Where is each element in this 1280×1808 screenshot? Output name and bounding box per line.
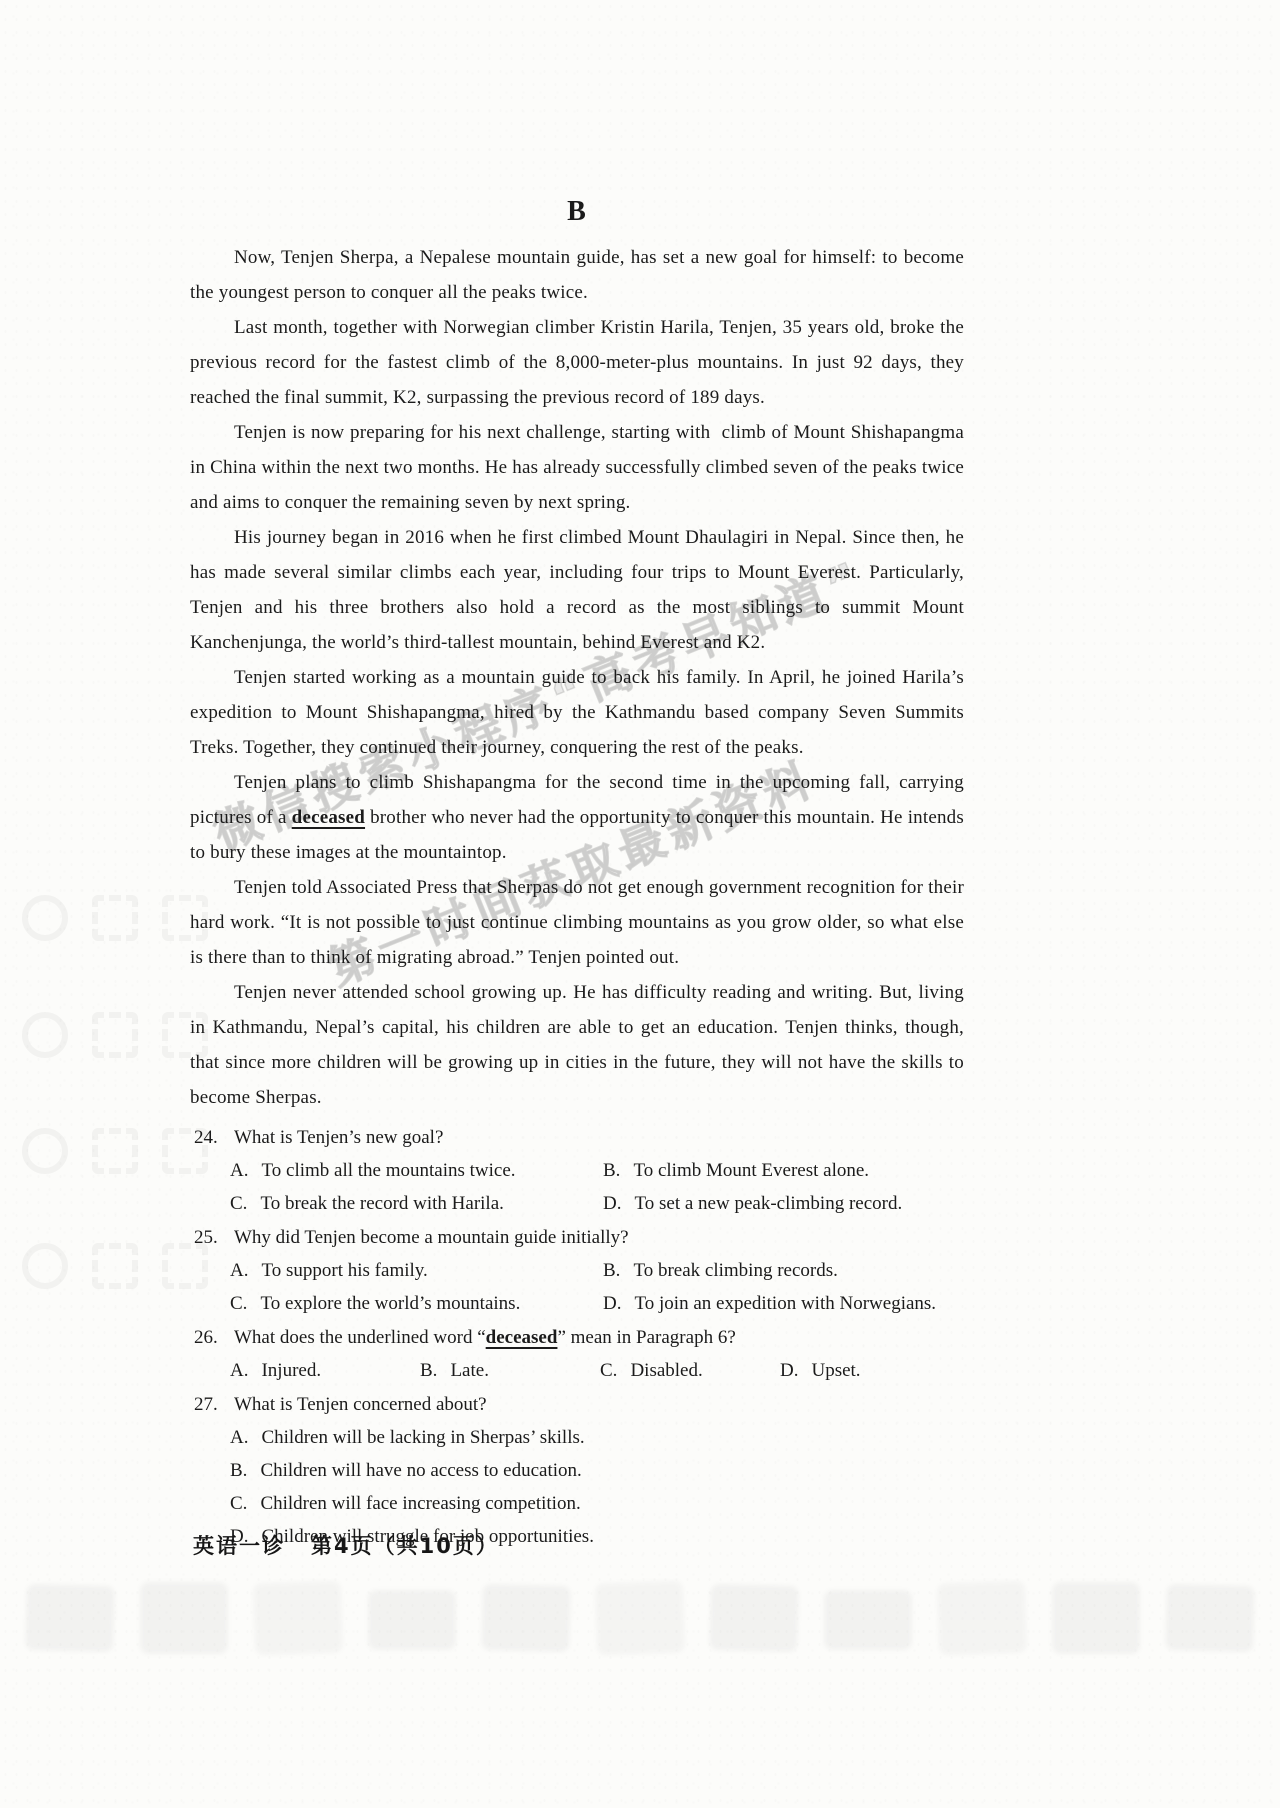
option-27-b: B. Children will have no access to educa…	[230, 1454, 964, 1487]
option-text: To explore the world’s mountains.	[260, 1287, 520, 1320]
question-number: 25.	[190, 1221, 234, 1254]
option-label: C.	[230, 1487, 247, 1520]
passage-paragraph-5: Tenjen started working as a mountain gui…	[190, 660, 964, 765]
option-text: Children will face increasing competitio…	[260, 1487, 580, 1520]
left-watermark-stamp-row	[22, 1243, 208, 1289]
watermark-ghost-glyph	[1052, 1582, 1140, 1654]
watermark-stamp	[92, 895, 138, 941]
watermark-ghost-glyph	[140, 1582, 228, 1654]
watermark-stamp	[92, 1128, 138, 1174]
question-25: 25. Why did Tenjen become a mountain gui…	[190, 1221, 964, 1320]
left-watermark-stamp-row	[22, 1128, 208, 1174]
option-label: C.	[230, 1287, 247, 1320]
watermark-ghost-glyph	[25, 1584, 115, 1653]
passage-paragraph-3: Tenjen is now preparing for his next cha…	[190, 415, 964, 520]
watermark-ghost-glyph	[253, 1580, 343, 1655]
passage-paragraph-6: Tenjen plans to climb Shishapangma for t…	[190, 765, 964, 870]
watermark-stamp	[22, 1012, 68, 1058]
option-text: To support his family.	[261, 1254, 427, 1287]
bottom-watermark-band	[0, 1572, 1280, 1664]
passage-paragraph-7: Tenjen told Associated Press that Sherpa…	[190, 870, 964, 975]
option-27-c: C. Children will face increasing competi…	[230, 1487, 964, 1520]
option-text: Injured.	[261, 1354, 321, 1387]
passage-paragraph-4: His journey began in 2016 when he first …	[190, 520, 964, 660]
reading-passage: Now, Tenjen Sherpa, a Nepalese mountain …	[190, 240, 964, 1115]
questions-section: 24. What is Tenjen’s new goal? A. To cli…	[190, 1121, 964, 1553]
option-label: C.	[600, 1354, 617, 1387]
option-text: To climb Mount Everest alone.	[633, 1154, 869, 1187]
watermark-ghost-glyph	[481, 1584, 571, 1653]
watermark-ghost-glyph	[824, 1590, 912, 1650]
question-27: 27. What is Tenjen concerned about? A. C…	[190, 1388, 964, 1553]
question-24: 24. What is Tenjen’s new goal? A. To cli…	[190, 1121, 964, 1220]
option-label: D.	[603, 1187, 621, 1220]
watermark-stamp	[22, 895, 68, 941]
left-watermark-stamp-row	[22, 895, 208, 941]
option-26-a: A. Injured.	[230, 1354, 420, 1387]
option-24-b: B. To climb Mount Everest alone.	[603, 1154, 964, 1187]
underlined-word-deceased: deceased	[292, 807, 365, 828]
option-25-c: C. To explore the world’s mountains.	[230, 1287, 603, 1320]
option-text: To set a new peak-climbing record.	[634, 1187, 902, 1220]
page-footer: 英语一诊 第4页（共10页）	[193, 1530, 499, 1560]
option-label: B.	[230, 1454, 247, 1487]
option-label: A.	[230, 1154, 248, 1187]
footer-exam-name: 英语一诊	[193, 1530, 285, 1560]
option-text: Children will be lacking in Sherpas’ ski…	[261, 1421, 584, 1454]
watermark-ghost-glyph	[709, 1584, 799, 1653]
passage-paragraph-1: Now, Tenjen Sherpa, a Nepalese mountain …	[190, 240, 964, 310]
option-text: To break the record with Harila.	[260, 1187, 503, 1220]
option-25-a: A. To support his family.	[230, 1254, 603, 1287]
option-text: To break climbing records.	[633, 1254, 837, 1287]
watermark-stamp	[22, 1128, 68, 1174]
option-label: B.	[603, 1154, 620, 1187]
question-text: Why did Tenjen become a mountain guide i…	[234, 1221, 964, 1254]
watermark-ghost-glyph	[1165, 1584, 1255, 1653]
question-26: 26. What does the underlined word “decea…	[190, 1321, 964, 1387]
option-text: Children will have no access to educatio…	[260, 1454, 581, 1487]
option-label: C.	[230, 1187, 247, 1220]
passage-paragraph-8: Tenjen never attended school growing up.…	[190, 975, 964, 1115]
option-label: A.	[230, 1354, 248, 1387]
option-text: To climb all the mountains twice.	[261, 1154, 515, 1187]
option-24-a: A. To climb all the mountains twice.	[230, 1154, 603, 1187]
question-text: What does the underlined word “deceased”…	[234, 1321, 964, 1354]
option-26-b: B. Late.	[420, 1354, 600, 1387]
option-label: A.	[230, 1421, 248, 1454]
option-text: Disabled.	[630, 1354, 702, 1387]
watermark-ghost-glyph	[937, 1580, 1027, 1655]
option-label: D.	[780, 1354, 798, 1387]
option-26-c: C. Disabled.	[600, 1354, 780, 1387]
option-24-c: C. To break the record with Harila.	[230, 1187, 603, 1220]
question-number: 27.	[190, 1388, 234, 1421]
option-27-a: A. Children will be lacking in Sherpas’ …	[230, 1421, 964, 1454]
section-heading: B	[190, 196, 964, 228]
question-26-text-before: What does the underlined word “	[234, 1327, 486, 1348]
option-24-d: D. To set a new peak-climbing record.	[603, 1187, 964, 1220]
option-25-d: D. To join an expedition with Norwegians…	[603, 1287, 964, 1320]
question-26-text-after: ” mean in Paragraph 6?	[557, 1327, 735, 1348]
option-text: Late.	[450, 1354, 489, 1387]
watermark-ghost-glyph	[595, 1580, 685, 1655]
passage-paragraph-2: Last month, together with Norwegian clim…	[190, 310, 964, 415]
option-text: To join an expedition with Norwegians.	[634, 1287, 936, 1320]
question-number: 26.	[190, 1321, 234, 1354]
option-label: A.	[230, 1254, 248, 1287]
option-26-d: D. Upset.	[780, 1354, 964, 1387]
watermark-stamp	[92, 1243, 138, 1289]
option-label: B.	[603, 1254, 620, 1287]
underlined-word-deceased: deceased	[486, 1327, 558, 1348]
option-label: B.	[420, 1354, 437, 1387]
option-label: D.	[603, 1287, 621, 1320]
question-text: What is Tenjen’s new goal?	[234, 1121, 964, 1154]
footer-page-info: 第4页（共10页）	[311, 1530, 499, 1560]
watermark-ghost-glyph	[368, 1590, 456, 1650]
page-content: B Now, Tenjen Sherpa, a Nepalese mountai…	[190, 196, 964, 1553]
watermark-stamp	[22, 1243, 68, 1289]
question-text: What is Tenjen concerned about?	[234, 1388, 964, 1421]
left-watermark-stamp-row	[22, 1012, 208, 1058]
option-25-b: B. To break climbing records.	[603, 1254, 964, 1287]
watermark-stamp	[92, 1012, 138, 1058]
question-number: 24.	[190, 1121, 234, 1154]
option-text: Upset.	[811, 1354, 860, 1387]
